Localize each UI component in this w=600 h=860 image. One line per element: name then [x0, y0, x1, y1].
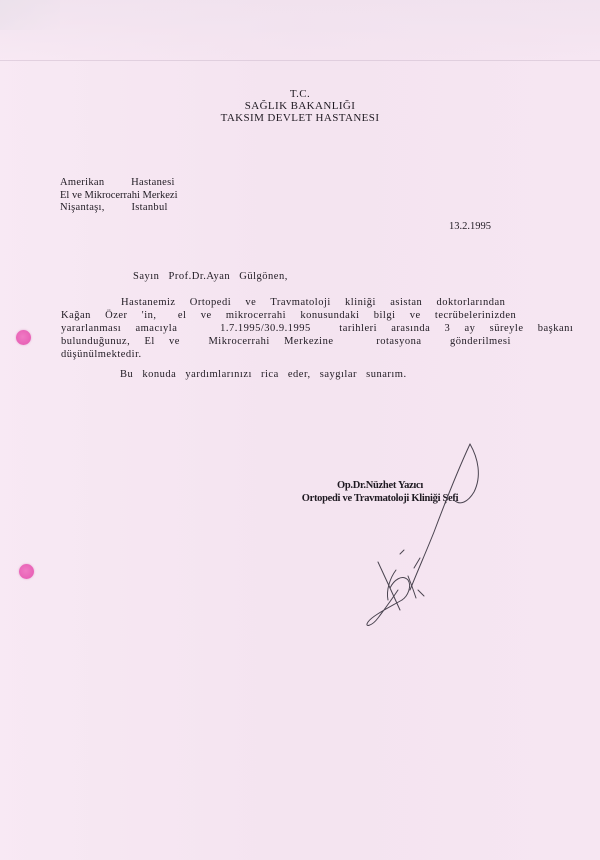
letter-date: 13.2.1995 [449, 221, 491, 232]
letterhead-country: T.C. [200, 88, 400, 100]
salutation: Sayın Prof.Dr.Ayan Gülgönen, [133, 271, 288, 282]
paper-fold-line [0, 60, 600, 61]
closing-remark: Bu konuda yardımlarınızı rica eder, sayg… [120, 369, 407, 380]
body-line: düşünülmektedir. [61, 348, 531, 361]
punch-hole [19, 564, 34, 579]
paper-corner-fold [0, 0, 60, 30]
body-line: Kağan Özer 'in, el ve mikrocerrahi konus… [61, 309, 531, 322]
body-line: Hastanemiz Ortopedi ve Travmatoloji klin… [61, 296, 531, 309]
letter-page: T.C. SAĞLIK BAKANLIĞI TAKSIM DEVLET HAST… [0, 0, 600, 860]
body-line: bulunduğunuz, El ve Mikrocerrahi Merkezi… [61, 335, 531, 348]
recipient-institution: Amerikan Hastanesi [60, 177, 178, 190]
letterhead-hospital: TAKSIM DEVLET HASTANESI [200, 112, 400, 124]
body-line: yararlanması amacıyla 1.7.1995/30.9.1995… [61, 322, 531, 335]
recipient-address: Amerikan Hastanesi El ve Mikrocerrahi Me… [60, 177, 178, 215]
letter-body: Hastanemiz Ortopedi ve Travmatoloji klin… [61, 296, 531, 361]
punch-hole [16, 330, 31, 345]
recipient-department: El ve Mikrocerrahi Merkezi [60, 190, 178, 203]
letterhead: T.C. SAĞLIK BAKANLIĞI TAKSIM DEVLET HAST… [200, 88, 400, 124]
handwritten-signature [350, 440, 490, 630]
recipient-location: Nişantaşı, Istanbul [60, 202, 178, 215]
letterhead-ministry: SAĞLIK BAKANLIĞI [200, 100, 400, 112]
